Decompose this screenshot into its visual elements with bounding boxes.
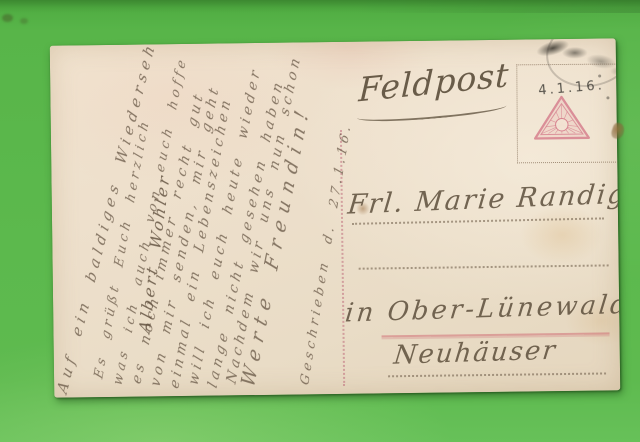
address-city-line: in Ober-Lünewalde xyxy=(344,289,621,328)
background-speck xyxy=(20,18,28,24)
address-dotted-line xyxy=(359,264,609,269)
postmark-speck xyxy=(598,75,601,78)
postmark-speck xyxy=(606,96,609,99)
handwriting-dateline: Geschrieben d. 27.1.16. xyxy=(298,120,355,387)
postcard-photo: Feldpost xyxy=(50,38,621,397)
feldpost-triangle-stamp-icon xyxy=(532,95,591,142)
feldpost-label: Feldpost xyxy=(358,55,510,110)
address-place-line: Neuhäuser xyxy=(392,336,558,371)
address-dotted-line xyxy=(388,372,606,377)
recipient-name: Frl. Marie Randig. xyxy=(346,178,620,221)
photo-background: Feldpost xyxy=(0,0,640,442)
background-speck xyxy=(2,14,13,22)
background-shadow-band xyxy=(0,0,640,13)
